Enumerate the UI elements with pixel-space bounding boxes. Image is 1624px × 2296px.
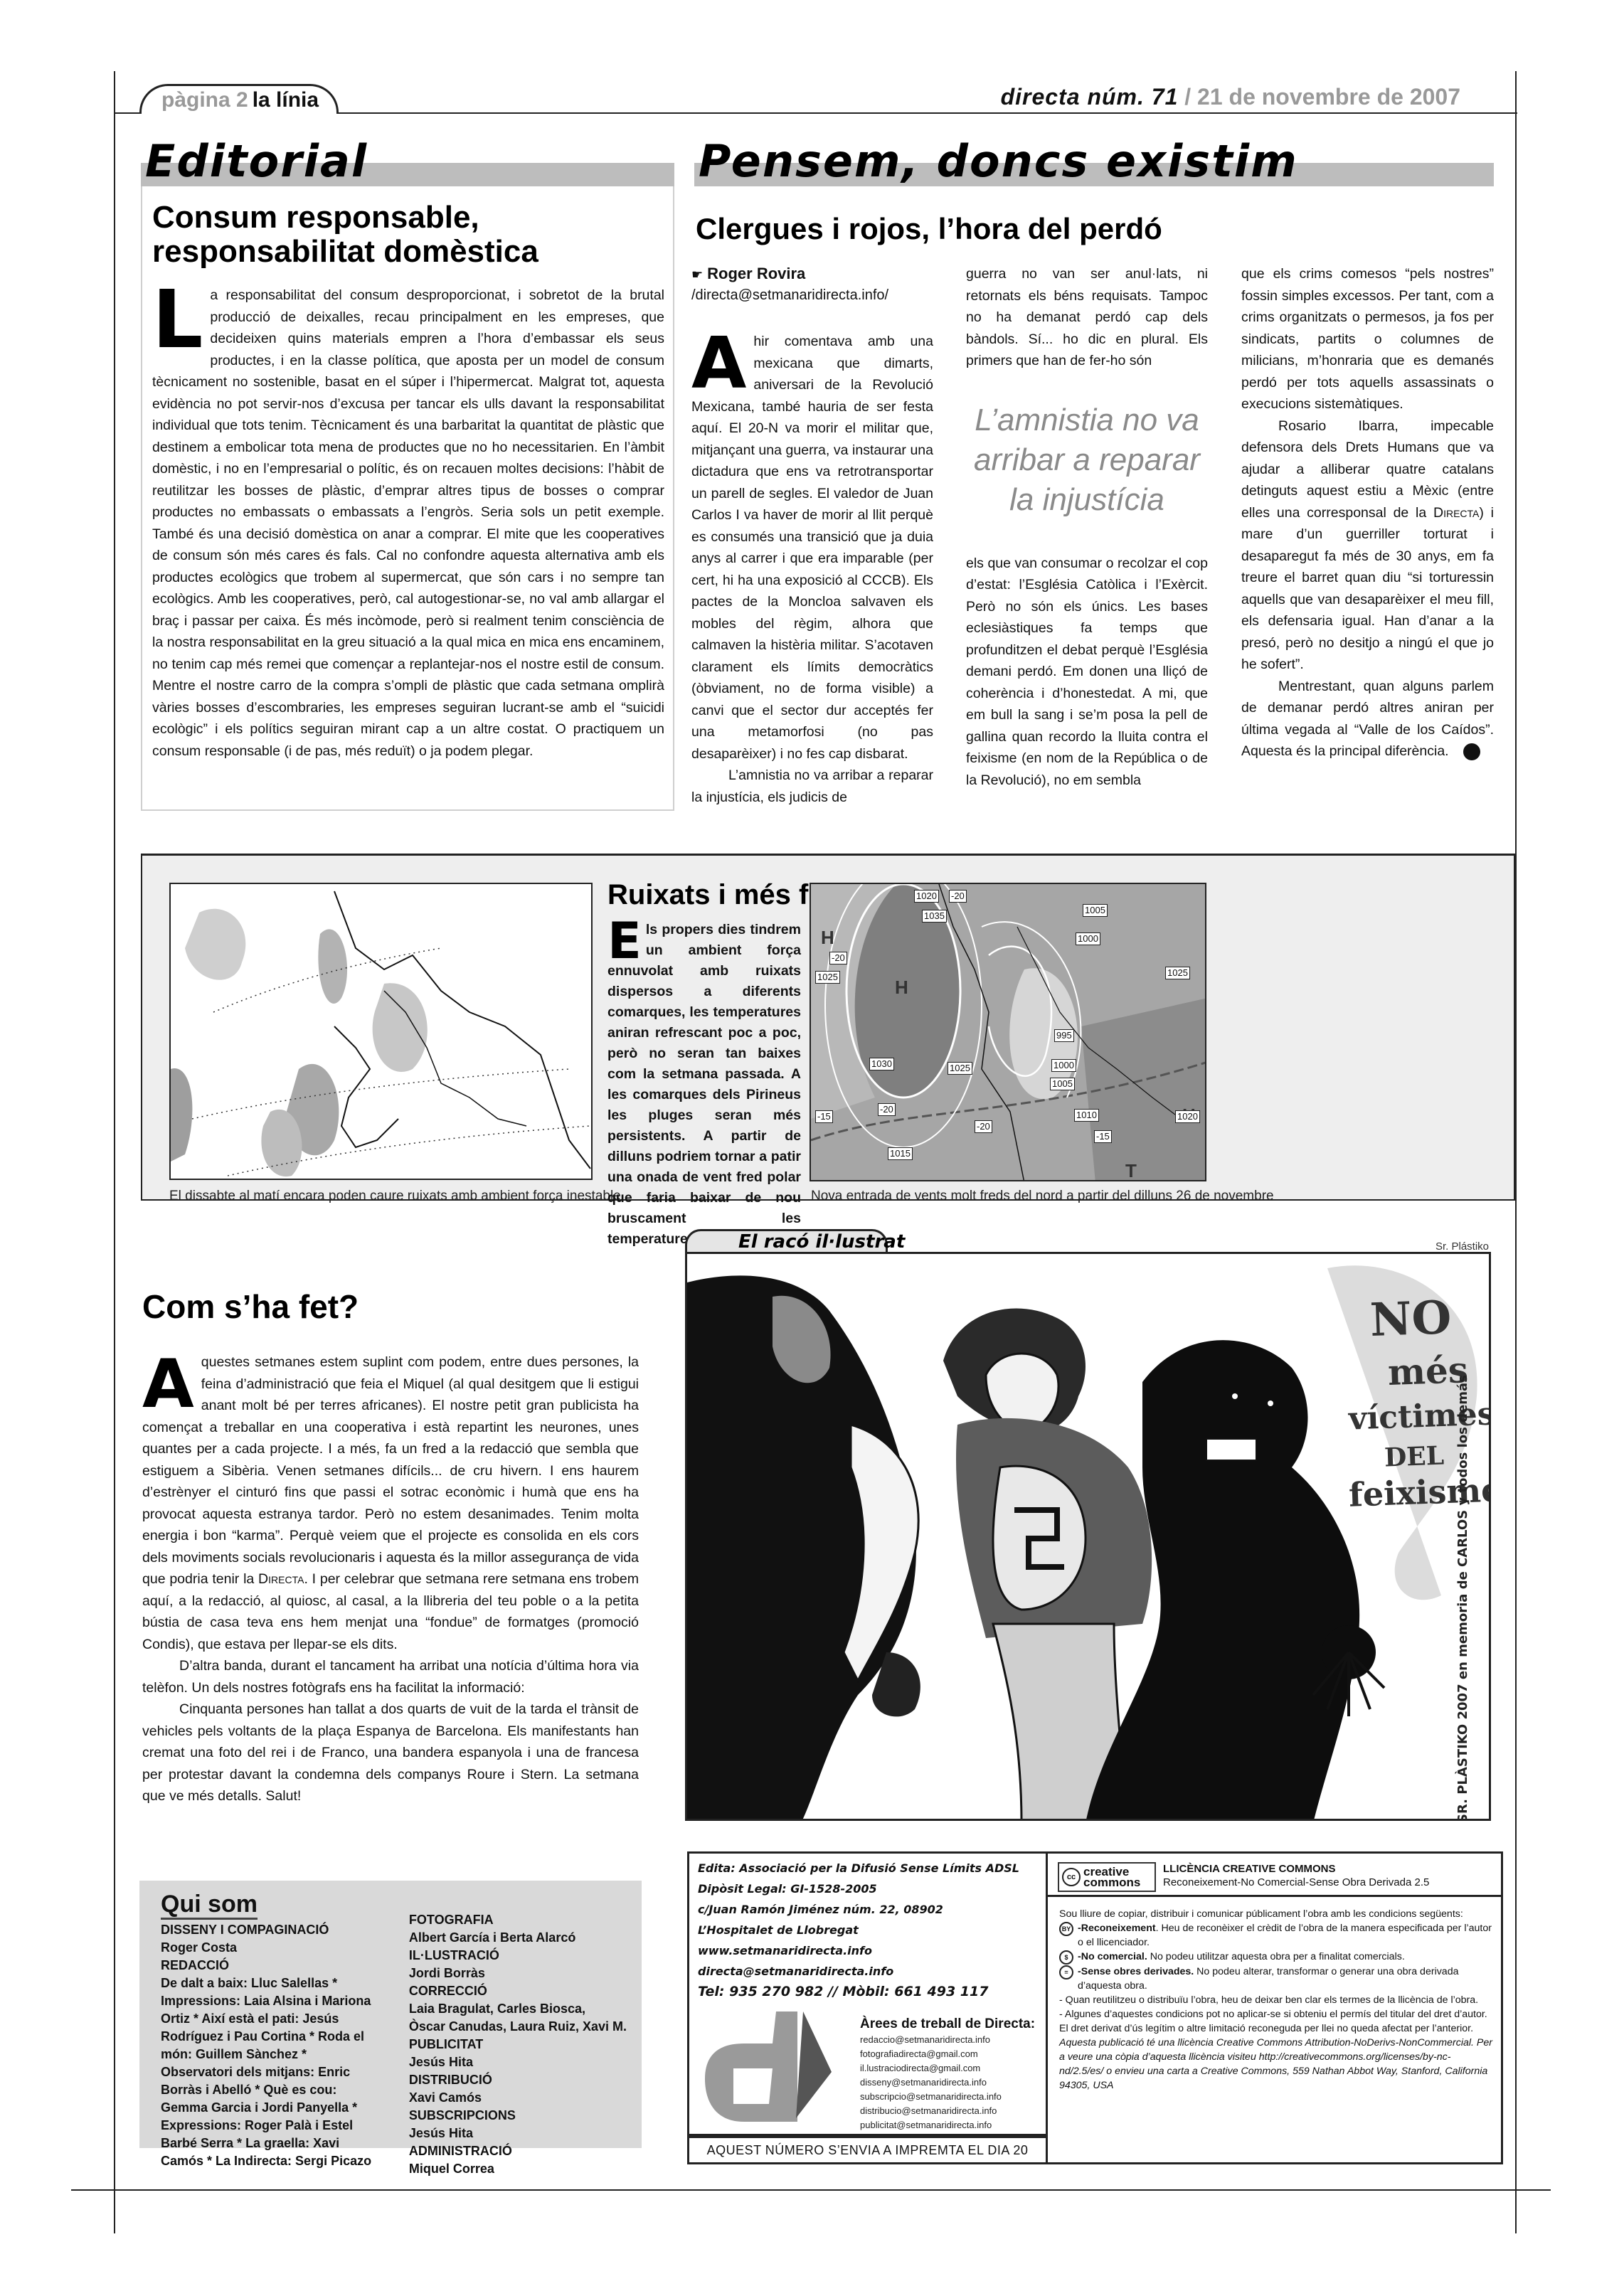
- staff-line: DISTRIBUCIÓ: [409, 2071, 642, 2089]
- isobar-label: -20: [829, 952, 847, 964]
- illustration-frame: NO més víctimes DEL feixisme SR. PLÀSTIK…: [685, 1252, 1491, 1821]
- cartoon-slogan: DEL: [1384, 1442, 1444, 1472]
- howto-headline: Com s’ha fet?: [142, 1287, 359, 1326]
- directa-mention: Directa: [1433, 505, 1479, 521]
- paragraph: Mentrestant, quan alguns parlem de deman…: [1241, 676, 1494, 762]
- section-title-text: Pensem, doncs existim: [699, 139, 1298, 184]
- license-condition: = -Sense obres derivades. No podeu alter…: [1059, 1965, 1492, 1993]
- isobar-label: 1000: [1051, 1059, 1076, 1072]
- isobar-label: 1025: [815, 971, 840, 984]
- cc-icon: cc: [1062, 1868, 1081, 1886]
- high-pressure-label: H: [895, 977, 908, 999]
- staff-line: ADMINISTRACIÓ: [409, 2142, 642, 2160]
- paragraph: L’amnistia no va arribar a reparar la in…: [691, 765, 933, 808]
- end-of-article-icon: d: [1463, 743, 1480, 760]
- isobar-label: 995: [1054, 1029, 1074, 1042]
- cartoon-slogan: NO: [1369, 1295, 1452, 1344]
- high-pressure-label: H: [821, 927, 834, 949]
- editorial-body: La responsabilitat del consum desproporc…: [152, 285, 664, 762]
- area-email[interactable]: redaccio@setmanaridirecta.info: [860, 2033, 1035, 2047]
- publisher-email[interactable]: directa@setmanaridirecta.info: [698, 1961, 1046, 1982]
- precipitation-map: [169, 883, 593, 1180]
- pressure-map: H H H T 1020 -20 1035 -20 1025 1005 1000…: [810, 883, 1206, 1181]
- isobar-map-icon: [811, 884, 1206, 1181]
- illustration-tab: El racó il·lustrat: [685, 1229, 888, 1253]
- publisher-line: L’Hospitalet de Llobregat: [698, 1920, 1046, 1940]
- isobar-label: 1015: [888, 1147, 913, 1160]
- weather-body: ls propers dies tindrem un ambient força…: [607, 922, 801, 1247]
- text: ) i mare d’un guerriller torturat i desa…: [1241, 505, 1494, 673]
- cc-wordmark: creative commons: [1083, 1866, 1140, 1888]
- paragraph: D’altra banda, durant el tancament ha ar…: [142, 1655, 639, 1699]
- license-statement: Aquesta publicació té una llicència Crea…: [1059, 2037, 1492, 2091]
- paragraph: hir comentava amb una mexicana que dimar…: [691, 334, 933, 762]
- staff-line: Laia Bragulat, Carles Biosca,: [409, 2000, 642, 2018]
- weather-box: El dissabte al matí encara poden caure r…: [141, 854, 1515, 1201]
- area-email[interactable]: disseny@setmanaridirecta.info: [860, 2076, 1035, 2090]
- low-pressure-label: T: [1125, 1160, 1137, 1181]
- area-email[interactable]: subscripcio@setmanaridirecta.info: [860, 2090, 1035, 2104]
- staff-column-right: FOTOGRAFIA Albert García i Berta Alarcó …: [409, 1911, 642, 2178]
- staff-columns: DISSENY I COMPAGINACIÓ Roger Costa REDAC…: [161, 1920, 642, 2178]
- area-email[interactable]: fotografiadirecta@gmail.com: [860, 2047, 1035, 2061]
- condition-text: No podeu utilitzar aquesta obra per a fi…: [1147, 1951, 1405, 1962]
- cc-word: commons: [1083, 1877, 1140, 1888]
- staff-line: Albert García i Berta Alarcó: [409, 1929, 642, 1947]
- isobar-label: 1025: [948, 1062, 972, 1075]
- left-map-caption: El dissabte al matí encara poden caure r…: [169, 1189, 621, 1204]
- condition-label: -No comercial.: [1078, 1951, 1147, 1962]
- noncommercial-icon: $: [1059, 1950, 1073, 1965]
- license-note: - Algunes d’aquestes condicions pot no a…: [1059, 2007, 1492, 2036]
- publisher-line: Dipòsit Legal: GI-1528-2005: [698, 1878, 1046, 1899]
- publisher-details: Edita: Associació per la Difusió Sense L…: [689, 1854, 1046, 2002]
- license-title: LLICÈNCIA CREATIVE COMMONS: [1163, 1863, 1336, 1875]
- issue-info: directa núm. 71 / 21 de novembre de 2007: [1001, 84, 1460, 110]
- license-note: - Quan reutilitzeu o distribuïu l’obra, …: [1059, 1993, 1492, 2007]
- staff-box: Qui som DISSENY I COMPAGINACIÓ Roger Cos…: [139, 1881, 642, 2148]
- staff-line: Roger Costa: [161, 1939, 409, 1957]
- europe-map-icon: [171, 884, 593, 1180]
- staff-line: De dalt a baix: Lluc Salellas *: [161, 1975, 409, 1992]
- staff-line: FOTOGRAFIA: [409, 1911, 642, 1929]
- publisher-line: Edita: Associació per la Difusió Sense L…: [698, 1858, 1046, 1878]
- opinion-section-title: Pensem, doncs existim: [694, 142, 1494, 186]
- paragraph: que els crims comesos “pels nostres” fos…: [1241, 263, 1494, 415]
- staff-line: Impressions: Laia Alsina i Mariona: [161, 1992, 409, 2010]
- license-title-block: LLICÈNCIA CREATIVE COMMONS Reconeixement…: [1163, 1862, 1429, 1895]
- crop-mark-bottom: [71, 2189, 1551, 2191]
- staff-line: Rodríguez i Pau Cortina * Roda el: [161, 2028, 409, 2046]
- pointing-hand-icon: ☛: [691, 267, 703, 282]
- crop-mark-left: [114, 71, 115, 2233]
- artist-signature: SR. PLÀSTIKO 2007 en memoria de CARLOS y…: [1455, 1453, 1470, 1821]
- print-note: AQUEST NÚMERO S’ENVIA A IMPREMTA EL DIA …: [687, 2136, 1048, 2164]
- isobar-label: 1030: [869, 1058, 894, 1070]
- paragraph: Rosario Ibarra, impecable defensora dels…: [1241, 415, 1494, 676]
- staff-line: DISSENY I COMPAGINACIÓ: [161, 1921, 409, 1939]
- issue-date: / 21 de novembre de 2007: [1184, 84, 1460, 110]
- opinion-column-1: ☛Roger Rovira /directa@setmanaridirecta.…: [691, 263, 933, 808]
- crop-mark-right: [1515, 71, 1517, 2233]
- staff-line: SUBSCRIPCIONS: [409, 2107, 642, 2125]
- by-icon: BY: [1059, 1922, 1073, 1936]
- isobar-label: -15: [815, 1110, 833, 1123]
- directa-mention: Directa: [258, 1571, 304, 1587]
- isobar-label: 1000: [1076, 932, 1100, 945]
- paragraph: guerra no van ser anul·lats, ni retornat…: [966, 263, 1208, 372]
- area-email[interactable]: publicitat@setmanaridirecta.info: [860, 2118, 1035, 2132]
- publisher-line: c/Juan Ramón Jiménez núm. 22, 08902: [698, 1899, 1046, 1920]
- staff-line: IL·LUSTRACIÓ: [409, 1947, 642, 1965]
- staff-line: Jordi Borràs: [409, 1965, 642, 1982]
- staff-line: Barbé Serra * La graella: Xavi: [161, 2135, 409, 2152]
- staff-line: Expressions: Roger Palà i Estel: [161, 2117, 409, 2135]
- opinion-column-2: guerra no van ser anul·lats, ni retornat…: [966, 263, 1208, 791]
- isobar-label: 1005: [1050, 1078, 1075, 1090]
- publisher-phone: Tel: 935 270 982 // Mòbil: 661 493 117: [698, 1982, 1046, 2002]
- work-areas-title: Àrees de treball de Directa:: [860, 2016, 1035, 2033]
- text: questes setmanes estem suplint com podem…: [142, 1354, 639, 1587]
- staff-line: Gemma Garcia i Jordi Panyella *: [161, 2099, 409, 2117]
- byline: ☛Roger Rovira: [691, 263, 933, 285]
- staff-line: Observatori dels mitjans: Enric: [161, 2063, 409, 2081]
- pull-quote: L’amnistia no va arribar a reparar la in…: [966, 400, 1208, 520]
- headline-line-2: responsabilitat domèstica: [152, 235, 664, 269]
- opinion-headline: Clergues i rojos, l’hora del perdó: [696, 212, 1162, 246]
- staff-line: Xavi Camós: [409, 2089, 642, 2107]
- noderivs-icon: =: [1059, 1965, 1073, 1979]
- page-tab: pàgina 2la línia: [139, 84, 339, 114]
- editorial-text: a responsabilitat del consum desproporci…: [152, 287, 664, 759]
- license-body: Sou lliure de copiar, distribuir i comun…: [1048, 1897, 1503, 2164]
- opinion-text: Ahir comentava amb una mexicana que dima…: [691, 331, 933, 808]
- howto-body: Aquestes setmanes estem suplint com pode…: [142, 1351, 639, 1807]
- author-email[interactable]: /directa@setmanaridirecta.info/: [691, 285, 933, 305]
- isobar-label: 1005: [1083, 904, 1108, 917]
- staff-line: Ortiz * Així està el pati: Jesús: [161, 2010, 409, 2028]
- license-subtitle: Reconeixement-No Comercial-Sense Obra De…: [1163, 1876, 1429, 1889]
- staff-line: Jesús Hita: [409, 2053, 642, 2071]
- right-map-caption: Nova entrada de vents molt freds del nor…: [811, 1189, 1274, 1204]
- isobar-label: -20: [975, 1120, 992, 1133]
- page-number: pàgina 2: [161, 88, 248, 112]
- directa-logo-icon: [705, 2011, 833, 2122]
- staff-line: Camós * La Indirecta: Sergi Picazo: [161, 2152, 409, 2170]
- illustration-section-title: El racó il·lustrat: [738, 1231, 905, 1253]
- isobar-label: 1020: [914, 890, 939, 903]
- isobar-label: 1010: [1074, 1109, 1099, 1122]
- opinion-column-3: que els crims comesos “pels nostres” fos…: [1241, 263, 1494, 762]
- staff-column-left: DISSENY I COMPAGINACIÓ Roger Costa REDAC…: [161, 1920, 409, 2178]
- license-header: cc creative commons LLICÈNCIA CREATIVE C…: [1048, 1851, 1503, 1897]
- text: Mentrestant, quan alguns parlem de deman…: [1241, 679, 1494, 760]
- dropcap: A: [691, 335, 746, 392]
- staff-line: món: Guillem Sànchez *: [161, 2046, 409, 2063]
- staff-title: Qui som: [161, 1891, 258, 1920]
- illustration-credit: Sr. Plástiko: [1435, 1240, 1489, 1253]
- staff-line: REDACCIÓ: [161, 1957, 409, 1975]
- paragraph: els que van consumar o recolzar el cop d…: [966, 553, 1208, 792]
- editorial-headline: Consum responsable, responsabilitat domè…: [152, 201, 664, 269]
- slogan-line: NO: [1369, 1295, 1452, 1344]
- editorial-box: Consum responsable, responsabilitat domè…: [141, 186, 674, 811]
- staff-line: PUBLICITAT: [409, 2036, 642, 2053]
- area-email[interactable]: distribucio@setmanaridirecta.info: [860, 2104, 1035, 2118]
- slogan-line: DEL: [1384, 1442, 1444, 1472]
- section-name: la línia: [253, 88, 319, 112]
- isobar-label: -20: [878, 1103, 896, 1116]
- isobar-label: 1020: [1175, 1110, 1200, 1123]
- staff-line: Borràs i Abelló * Què es cou:: [161, 2081, 409, 2099]
- author-name: Roger Rovira: [707, 265, 805, 282]
- area-email[interactable]: il.lustraciodirecta@gmail.com: [860, 2061, 1035, 2076]
- paragraph: Cinquanta persones han tallat a dos quar…: [142, 1699, 639, 1807]
- isobar-label: -15: [1094, 1130, 1112, 1143]
- creative-commons-logo: cc creative commons: [1058, 1862, 1156, 1892]
- staff-line: CORRECCIÓ: [409, 1982, 642, 2000]
- editorial-section-title: Editorial: [141, 142, 674, 186]
- isobar-label: -20: [949, 890, 967, 903]
- staff-line: Òscar Canudas, Laura Ruiz, Xavi M.: [409, 2018, 642, 2036]
- isobar-label: 1025: [1165, 967, 1190, 979]
- work-areas: Àrees de treball de Directa: redaccio@se…: [860, 2016, 1035, 2132]
- publication-issue: directa núm. 71: [1001, 84, 1179, 110]
- staff-line: Miquel Correa: [409, 2160, 642, 2178]
- staff-line: Jesús Hita: [409, 2125, 642, 2142]
- license-intro: Sou lliure de copiar, distribuir i comun…: [1059, 1907, 1492, 1921]
- weather-text: Els propers dies tindrem un ambient forç…: [607, 920, 801, 1250]
- dropcap: L: [152, 289, 203, 351]
- section-title-text: Editorial: [145, 139, 368, 184]
- dropcap: E: [607, 921, 642, 961]
- license-condition: BY -Reconeixement. Heu de reconèixer el …: [1059, 1921, 1492, 1950]
- license-condition: $ -No comercial. No podeu utilitzar aque…: [1059, 1950, 1492, 1965]
- headline-line-1: Consum responsable,: [152, 201, 664, 235]
- isobar-label: 1035: [922, 910, 947, 923]
- publisher-website[interactable]: www.setmanaridirecta.info: [698, 1940, 1046, 1961]
- condition-label: -Reconeixement: [1078, 1923, 1156, 1934]
- publisher-box: Edita: Associació per la Difusió Sense L…: [687, 1851, 1048, 2136]
- dropcap: A: [142, 1357, 194, 1413]
- condition-label: -Sense obres derivades.: [1078, 1966, 1194, 1977]
